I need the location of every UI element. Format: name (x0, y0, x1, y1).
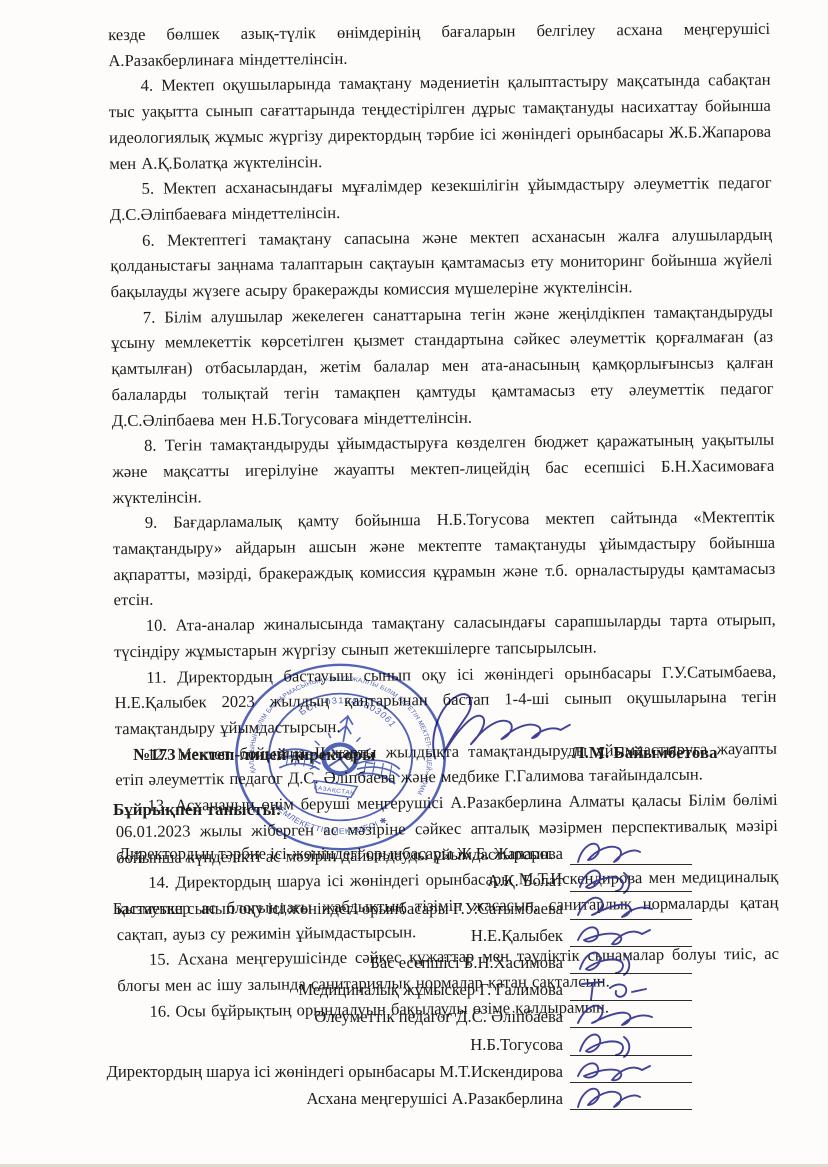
signature-line (570, 922, 692, 947)
signature-row-label: А.Қ. Болат (487, 870, 563, 892)
signature-row: Бас есепшісі Б.Н.Хасимова (60, 947, 692, 974)
signature-line (570, 949, 692, 974)
signature-row-label: Әлеуметтік педагог Д.С. Әліпбаева (314, 1006, 563, 1028)
stamp-bin-text: БСН 031040003061 (296, 689, 402, 730)
acquainted-signature-list: Директордың тәрбие ісі-жөніндегі орынбас… (60, 838, 692, 1110)
signature-row-label: Директордың шаруа ісі жөніндегі орынбаса… (107, 1061, 563, 1083)
signature-row-label: Медициналық жұмыскер Г. Галимова (298, 979, 563, 1001)
signature-row: Әлеуметтік педагог Д.С. Әліпбаева (60, 1001, 692, 1028)
signature-row: Бастауыш сынып оқу ісі жөніндегі орынбас… (60, 892, 692, 919)
director-title: №173 мектеп-лицей директоры (133, 745, 375, 765)
order-paragraph: кезде бөлшек азық-түлік өнімдерінің баға… (108, 16, 770, 74)
director-name: Л.М. Байымбетова (572, 743, 718, 763)
signature-row-label: Бас есепшісі Б.Н.Хасимова (370, 952, 563, 974)
signature-line (570, 1003, 692, 1028)
signature-row-label: Директордың тәрбие ісі-жөніндегі орынбас… (119, 843, 563, 865)
signature-row: Н.Б.Тогусова (60, 1028, 692, 1055)
order-paragraph: 5. Мектеп асханасындағы мұғалімдер кезек… (109, 170, 771, 228)
signature-line (570, 895, 692, 920)
signature-line (570, 976, 692, 1001)
signature-row: Н.Е.Қалыбек (60, 920, 692, 947)
signature-line (570, 840, 692, 865)
signature-line (570, 867, 692, 892)
signature-line (570, 1031, 692, 1056)
signature-row: Асхана меңгерушісі А.Разакберлина (60, 1083, 692, 1110)
order-paragraph: 4. Мектеп оқушыларында тамақтану мәдение… (109, 67, 772, 176)
signature-ink-icon (572, 1081, 688, 1115)
signature-row-label: Н.Б.Тогусова (470, 1034, 563, 1056)
order-paragraph: 8. Тегін тамақтандыруды ұйымдастыруға кө… (112, 427, 775, 510)
signature-row: А.Қ. Болат (60, 865, 692, 892)
signature-row-label: Бастауыш сынып оқу ісі жөніндегі орынбас… (113, 898, 563, 920)
signature-line (570, 1058, 692, 1083)
order-paragraph: 9. Бағдарламалық қамту бойынша Н.Б.Тогус… (113, 504, 776, 613)
order-paragraph: 10. Ата-аналар жиналысында тамақтану сал… (114, 607, 776, 665)
signature-row-label: Асхана меңгерушісі А.Разакберлина (306, 1088, 563, 1110)
signature-row: Директордың шаруа ісі жөніндегі орынбаса… (60, 1056, 692, 1083)
acquainted-heading: Бұйрықпен танысты: (113, 800, 281, 820)
signature-row-label: Н.Е.Қалыбек (471, 925, 563, 947)
order-paragraph: 7. Білім алушылар жекелеген санаттарына … (111, 299, 774, 434)
signature-row: Медициналық жұмыскер Г. Галимова (60, 974, 692, 1001)
order-paragraph: 6. Мектептегі тамақтану сапасына және ме… (110, 221, 773, 304)
signature-row: Директордың тәрбие ісі-жөніндегі орынбас… (60, 838, 692, 865)
scanned-order-page: кезде бөлшек азық-түлік өнімдерінің баға… (0, 0, 828, 1167)
signature-line (570, 1085, 692, 1110)
director-signature-icon (423, 683, 581, 785)
